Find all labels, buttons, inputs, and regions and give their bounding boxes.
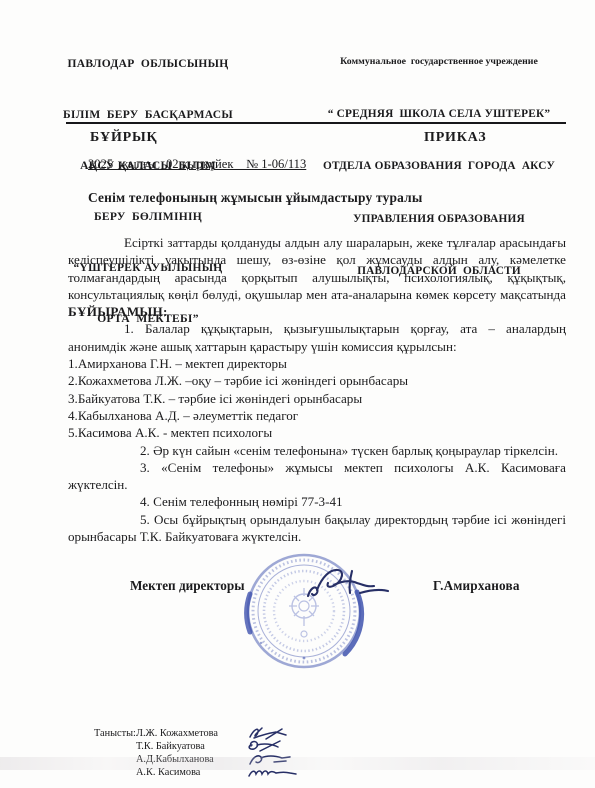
scan-artifact-band — [0, 757, 595, 770]
order-item-4: 4. Сенім телефонның нөмірі 77-3-41 — [68, 493, 566, 510]
order-item-5: 5. Осы бұйрықтың орындалуын бақылау дире… — [68, 511, 566, 546]
commission-member: 5.Касимова А.К. - мектеп психологы — [68, 424, 566, 441]
decree-word: БҰЙЫРАМЫН: — [68, 304, 168, 319]
intro-paragraph: Есірткі заттарды қолдануды алдын алу шар… — [68, 234, 566, 320]
order-item-2: 2. Әр күн сайын «сенім телефонына» түске… — [68, 442, 566, 459]
order-document-page: ПАВЛОДАР ОБЛЫСЫНЫҢ БІЛІМ БЕРУ БАСҚАРМАСЫ… — [0, 0, 595, 788]
commission-member: 1.Амирханова Г.Н. – мектеп директоры — [68, 355, 566, 372]
order-item-3: 3. «Сенім телефоны» жұмысы мектеп психол… — [68, 459, 566, 494]
org-line: ОТДЕЛА ОБРАЗОВАНИЯ ГОРОДА АКСУ — [303, 158, 575, 176]
commission-member: 4.Кабылханова А.Д. – әлеуметтік педагог — [68, 407, 566, 424]
commission-member: 3.Байкуатова Т.К. – тәрбие ісі жөніндегі… — [68, 390, 566, 407]
commission-member: 2.Кожахметова Л.Ж. –оқу – тәрбие ісі жөн… — [68, 372, 566, 389]
order-date-number: 2025 жылғы 02 қыркүйек № 1-06/113 — [88, 157, 306, 172]
org-line: Коммунальное государственное учреждение — [303, 53, 575, 71]
acquaintance-section: Танысты: Л.Ж. Кожахметова Т.К. Байкуатов… — [94, 727, 302, 779]
order-word-russian: ПРИКАЗ — [424, 130, 486, 146]
order-word-kazakh: БҰЙРЫҚ — [90, 130, 158, 146]
order-item-1: 1. Балалар құқықтарын, қызығушылықтарын … — [68, 320, 566, 355]
acquaintance-name: Т.К. Байкуатова — [136, 740, 244, 753]
order-subject: Сенім телефонының жұмысын ұйымдастыру ту… — [88, 190, 423, 206]
intro-text: Есірткі заттарды қолдануды алдын алу шар… — [68, 235, 566, 302]
org-line: БЕРУ БӨЛІМІНІҢ — [50, 209, 246, 226]
org-line: ПАВЛОДАР ОБЛЫСЫНЫҢ — [50, 56, 246, 73]
acquaintance-label: Танысты: — [94, 727, 136, 740]
order-body: Есірткі заттарды қолдануды алдын алу шар… — [68, 234, 566, 545]
org-line: “ СРЕДНЯЯ ШКОЛА СЕЛА УШТЕРЕК” — [303, 106, 575, 124]
director-name: Г.Амирханова — [433, 578, 520, 594]
header-divider-rule — [66, 122, 566, 124]
commission-list: 1.Амирханова Г.Н. – мектеп директоры 2.К… — [68, 355, 566, 441]
acquaintance-name: Л.Ж. Кожахметова — [136, 727, 244, 740]
director-signature-scribble-icon — [300, 563, 396, 611]
org-line: УПРАВЛЕНИЯ ОБРАЗОВАНИЯ — [303, 211, 575, 229]
director-role-label: Мектеп директоры — [130, 578, 245, 594]
